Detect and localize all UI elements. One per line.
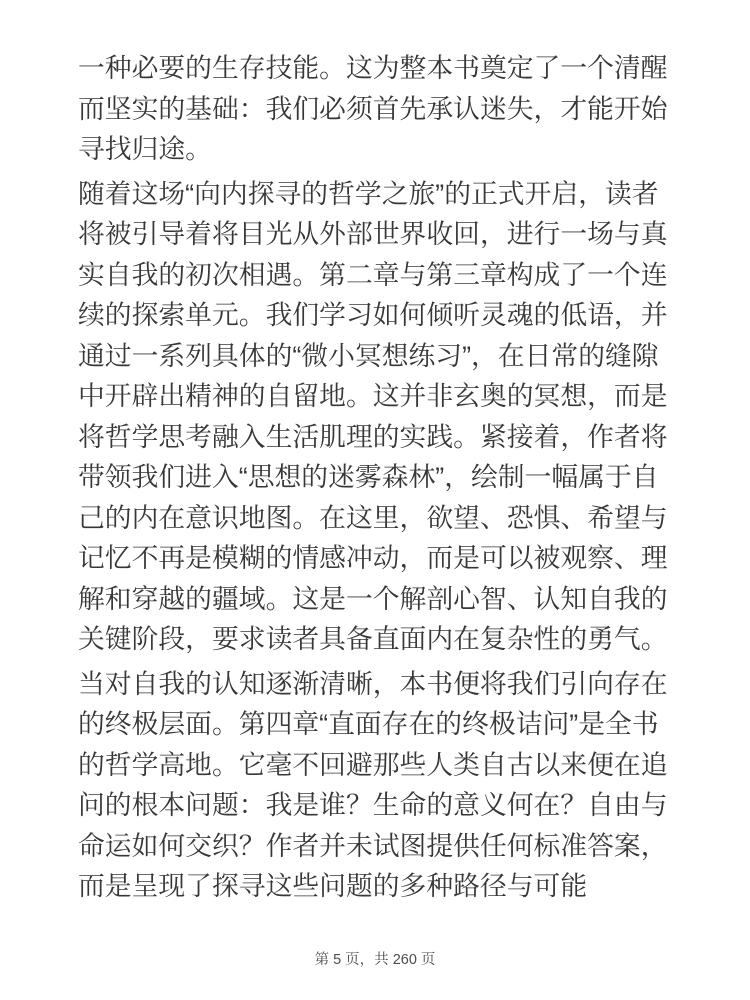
document-page: 一种必要的生存技能。这为整本书奠定了一个清醒而坚实的基础：我们必须首先承认迷失，… [0,0,750,1000]
body-paragraph: 一种必要的生存技能。这为整本书奠定了一个清醒而坚实的基础：我们必须首先承认迷失，… [78,48,672,170]
page-number-indicator: 第 5 页，共 260 页 [0,950,750,970]
page-body-text: 一种必要的生存技能。这为整本书奠定了一个清醒而坚实的基础：我们必须首先承认迷失，… [0,0,750,907]
body-paragraph: 当对自我的认知逐渐清晰，本书便将我们引向存在的终极层面。第四章“直面存在的终极诘… [78,664,672,907]
body-paragraph: 随着这场“向内探寻的哲学之旅”的正式开启，读者将被引导着将目光从外部世界收回，进… [78,174,672,660]
